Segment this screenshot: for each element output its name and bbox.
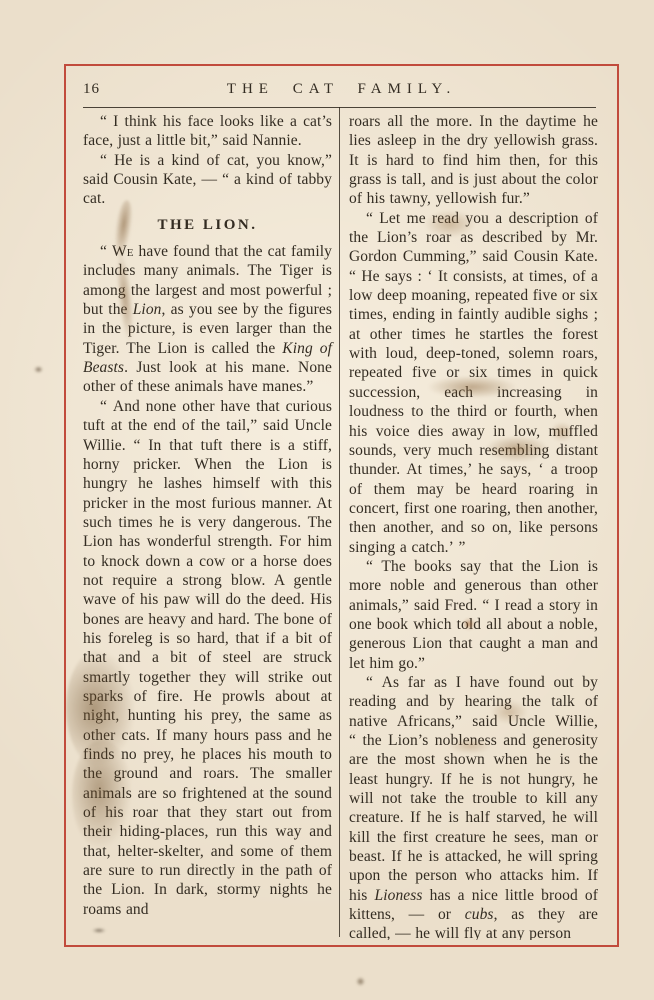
- paragraph: “ He is a kind of cat, you know,” said C…: [83, 151, 332, 209]
- stain: [356, 977, 365, 986]
- text-columns: “ I think his face looks like a cat’s fa…: [83, 112, 598, 940]
- column-left: “ I think his face looks like a cat’s fa…: [83, 112, 340, 940]
- page-border-frame: 16 THE CAT FAMILY. “ I think his face lo…: [64, 64, 619, 947]
- stain: [34, 366, 43, 373]
- paragraph: “ Let me read you a description of the L…: [349, 209, 598, 557]
- book-page-scan: 16 THE CAT FAMILY. “ I think his face lo…: [0, 0, 654, 1000]
- paragraph: “ We have found that the cat family incl…: [83, 242, 332, 397]
- section-heading: THE LION.: [83, 216, 332, 235]
- paragraph: “ As far as I have found out by reading …: [349, 673, 598, 940]
- paragraph: “ I think his face looks like a cat’s fa…: [83, 112, 332, 151]
- paragraph: “ And none other have that curious tuft …: [83, 397, 332, 919]
- running-head: THE CAT FAMILY.: [66, 81, 617, 98]
- paragraph: “ The books say that the Lion is more no…: [349, 557, 598, 673]
- paragraph: roars all the more. In the daytime he li…: [349, 112, 598, 209]
- column-right: roars all the more. In the daytime he li…: [340, 112, 598, 940]
